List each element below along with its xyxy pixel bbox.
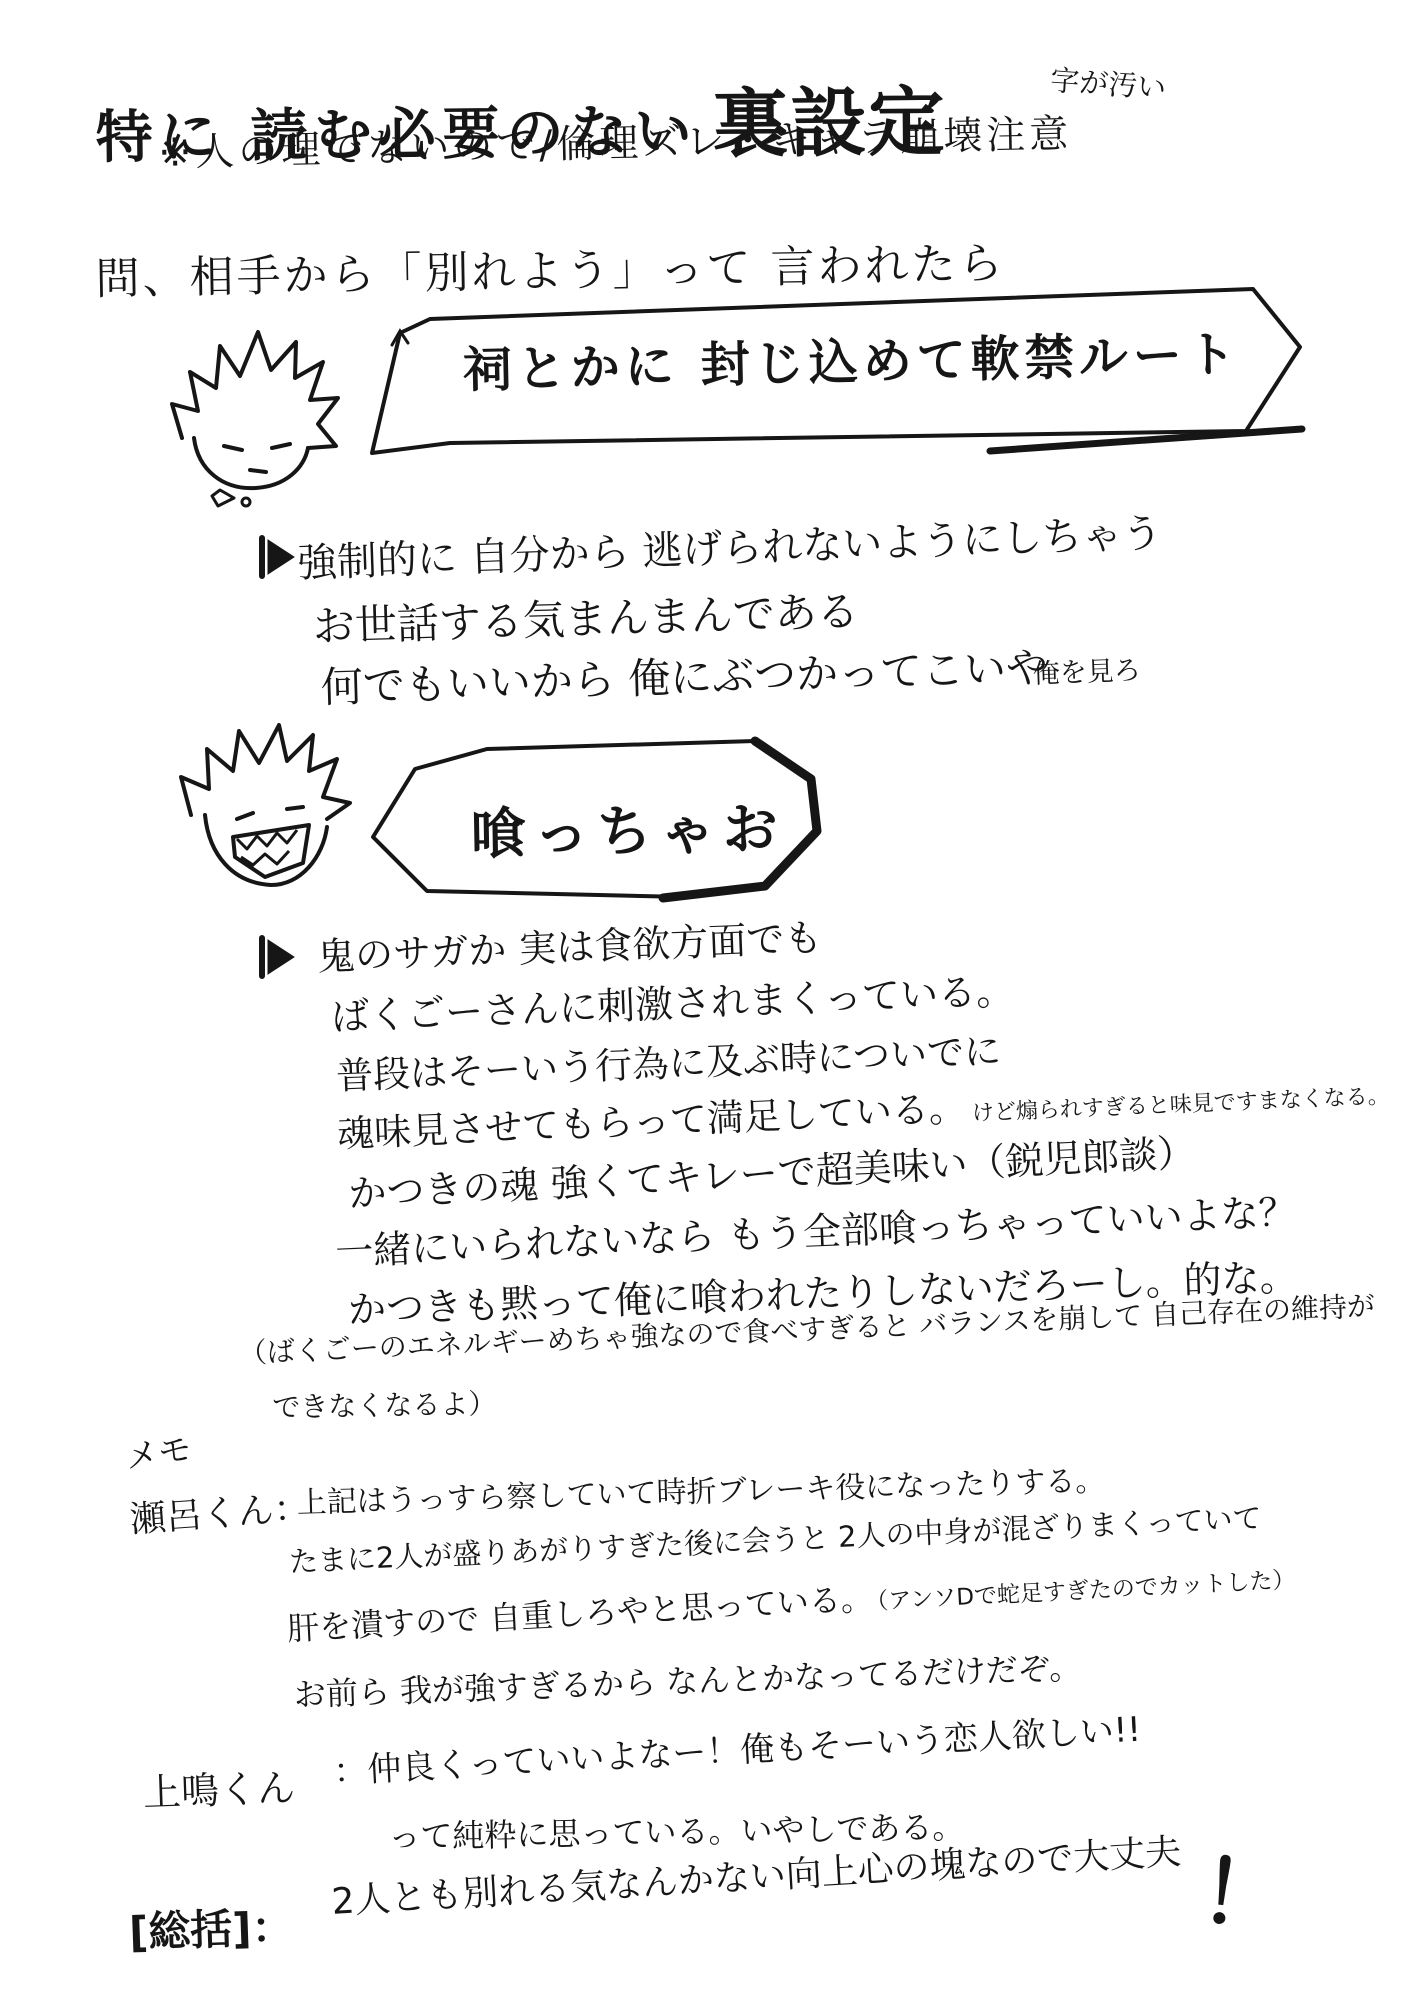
spiky-hair-character-1-icon bbox=[168, 320, 353, 510]
route1-point: 強制的に 自分から 逃げられないようにしちゃう bbox=[296, 502, 1163, 589]
route2-aside-line: できなくなるよ） bbox=[272, 1382, 497, 1426]
summary-exclamation: ！ bbox=[1195, 1822, 1293, 1954]
triangle-bullet-1-icon bbox=[254, 534, 300, 580]
sero-line: お前ら 我が強すぎるから なんとかなってるだけだぞ。 bbox=[293, 1643, 1082, 1716]
kaminari-label: 上鳴くん bbox=[142, 1757, 296, 1817]
sero-label: 瀬呂くん： bbox=[128, 1479, 311, 1542]
summary-label: [総括]： bbox=[128, 1894, 294, 1960]
handwritten-notes-page: 特に 読む必要のない裏設定 字が汚い ※人の理でないので/倫理ズレ・キャラ崩壊注… bbox=[0, 0, 1416, 2000]
sero-cut-note: （アンソDで蛇足すぎたのでカットした） bbox=[876, 1567, 1296, 1615]
sero-line-main: 肝を潰すので 自重しろやと思っている。 bbox=[286, 1579, 873, 1648]
route1-side-note: 俺を見ろ bbox=[1032, 648, 1141, 691]
title-side-note: 字が汚い bbox=[1049, 58, 1168, 107]
route2-point-inline-note: けど煽られすぎると味見ですまなくなる。 bbox=[971, 1084, 1390, 1126]
spiky-hair-character-2-icon bbox=[175, 715, 365, 905]
kaminari-line: ：仲良くっていいよなー！俺もそーいう恋人欲しい!! bbox=[332, 1702, 1142, 1793]
triangle-bullet-2-icon bbox=[254, 934, 300, 980]
bubble-2-text: 喰っちゃお bbox=[470, 785, 786, 869]
memo-heading: メモ bbox=[122, 1423, 194, 1479]
